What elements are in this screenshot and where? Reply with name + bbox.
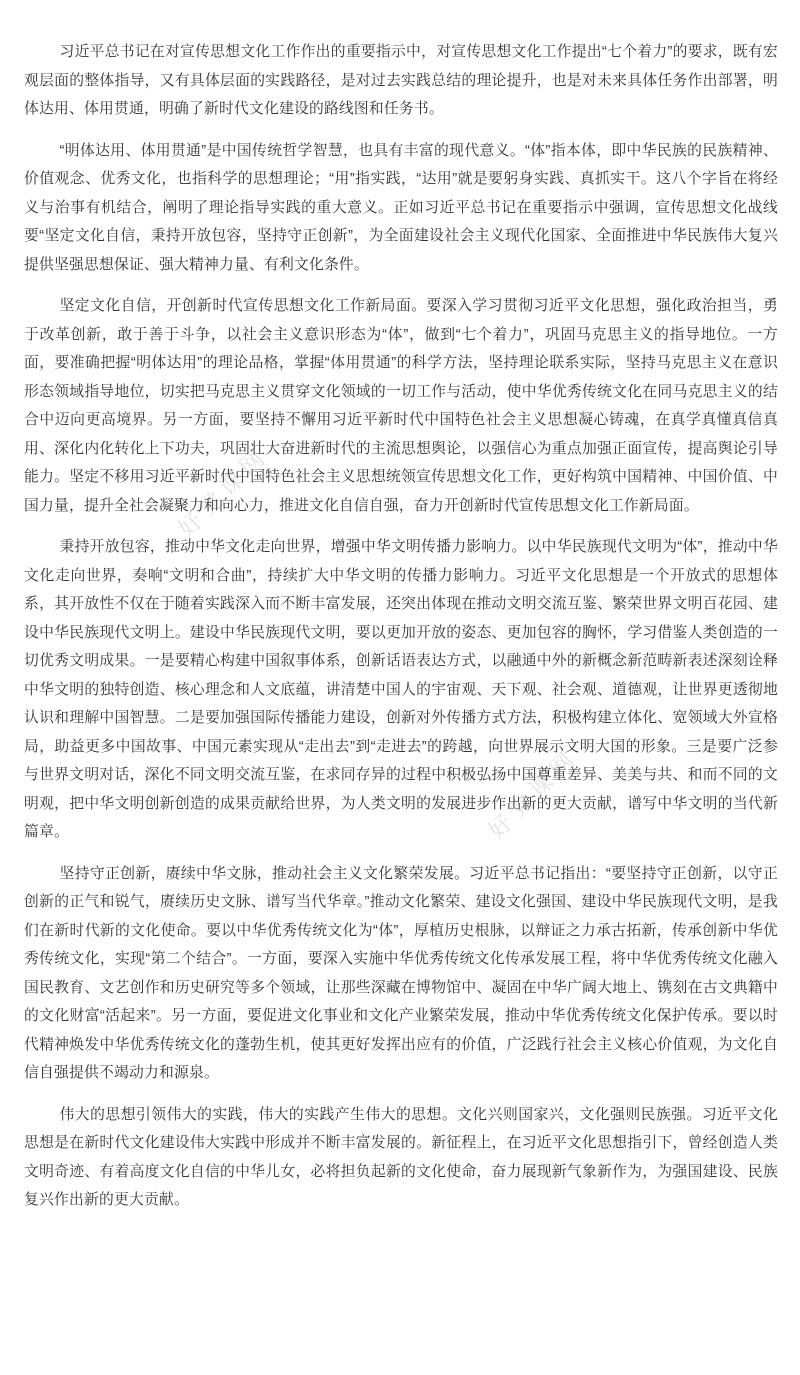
article-body: 习近平总书记在对宣传思想文化工作作出的重要指示中，对宣传思想文化工作提出“七个着… [0, 0, 800, 1215]
article-paragraph-openness-inclusiveness: 秉持开放包容，推动中华文化走向世界，增强中华文明传播力影响力。以中华民族现代文明… [24, 533, 778, 847]
article-paragraph-mingti-dayong: “明体达用、体用贯通”是中国传统哲学智慧，也具有丰富的现代意义。“体”指本体，即… [24, 137, 778, 280]
article-paragraph-conclusion: 伟大的思想引领伟大的实践，伟大的实践产生伟大的思想。文化兴则国家兴，文化强则民族… [24, 1101, 778, 1215]
article-paragraph-intro: 习近平总书记在对宣传思想文化工作作出的重要指示中，对宣传思想文化工作提出“七个着… [24, 38, 778, 124]
article-paragraph-integrity-innovation: 坚持守正创新，赓续中华文脉，推动社会主义文化繁荣发展。习近平总书记指出：“要坚持… [24, 860, 778, 1088]
document-page: 好党课网 好党课网 习近平总书记在对宣传思想文化工作作出的重要指示中，对宣传思想… [0, 0, 800, 1375]
article-paragraph-cultural-confidence: 坚定文化自信，开创新时代宣传思想文化工作新局面。要深入学习贯彻习近平文化思想，强… [24, 292, 778, 520]
